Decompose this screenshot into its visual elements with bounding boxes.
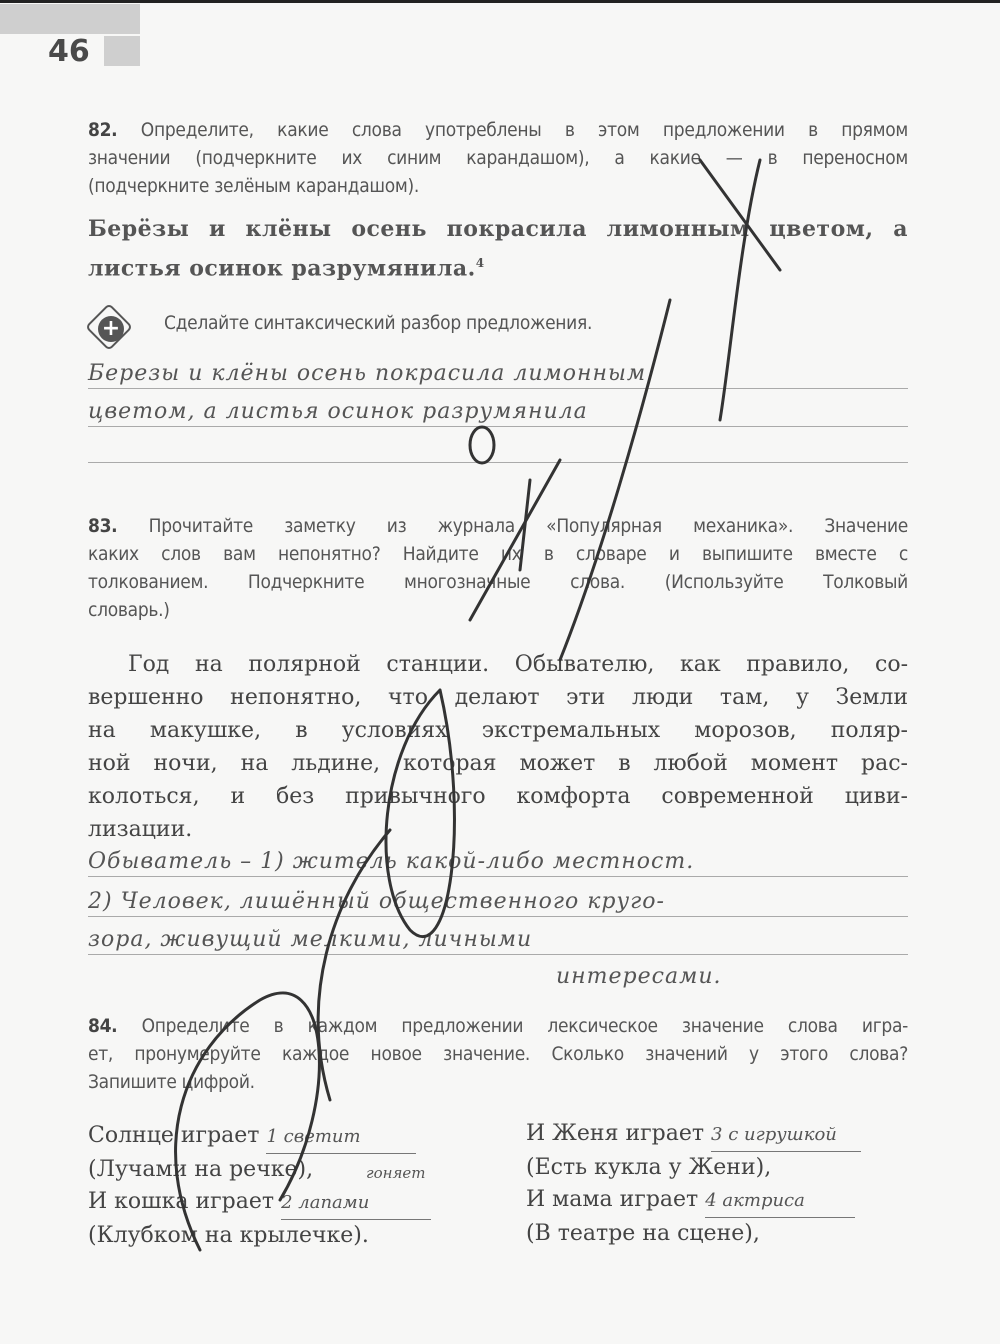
task-84-line-2: ет, пронумеруйте каждое новое значение. … bbox=[88, 1040, 908, 1068]
task-83-text: Год на полярной станции. Обывателю, как … bbox=[88, 648, 908, 846]
task-82-number: 82. bbox=[88, 119, 117, 141]
poem-right: И Женя играет 3 с игрушкой (Есть кукла у… bbox=[526, 1118, 861, 1250]
task-84-line-1: Определите в каждом предложении лексичес… bbox=[142, 1015, 908, 1037]
poem-right-line-4: (В театре на сцене), bbox=[526, 1218, 861, 1250]
handwritten-83-2: 2) Человек, лишённый общественного круго… bbox=[88, 889, 665, 914]
task-83-line-3: толкованием. Подчеркните многозначные сл… bbox=[88, 568, 908, 596]
poem-left-line-4: (Клубком на крылечке). bbox=[88, 1220, 431, 1252]
poem-left-line-3: И кошка играет bbox=[88, 1189, 274, 1214]
poem-right-line-3: И мама играет bbox=[526, 1187, 698, 1212]
task-82-sentence: Берёзы и клёны осень покрасила лимонным … bbox=[88, 212, 908, 285]
task-83-line-4: словарь.) bbox=[88, 596, 908, 624]
answer-blank-2[interactable]: 2 лапами bbox=[281, 1187, 431, 1220]
text-line-4: ной ночи, на льдине, которая может в люб… bbox=[88, 747, 908, 780]
extra-task-text: Сделайте синтаксический разбор предложен… bbox=[164, 312, 592, 334]
task-82-line-2: значении (подчеркните их синим карандашо… bbox=[88, 144, 908, 172]
answer-line-1: Березы и клёны осень покрасила лимонным bbox=[88, 354, 908, 389]
handwritten-83-1: Обыватель – 1) житель какой-либо местнос… bbox=[88, 849, 694, 874]
task-84-number: 84. bbox=[88, 1015, 117, 1037]
sentence-line-1: Берёзы и клёны осень покрасила лимонным … bbox=[88, 212, 908, 246]
text-line-3: на макушке, в условиях экстремальных мор… bbox=[88, 714, 908, 747]
poem-left: Солнце играет 1 светит (Лучами на речке)… bbox=[88, 1120, 431, 1252]
answer-line-83-3: зора, живущий мелкими, личными bbox=[88, 920, 908, 955]
answer-blank-1[interactable]: 1 светит bbox=[266, 1121, 416, 1154]
answer-blank-4[interactable]: 4 актриса bbox=[705, 1185, 855, 1218]
poem-right-line-2: (Есть кукла у Жени), bbox=[526, 1152, 861, 1184]
poem-right-line-1: И Женя играет bbox=[526, 1121, 704, 1146]
handwritten-82-2: цветом, а листья осинок разрумянила bbox=[88, 399, 588, 424]
page-number-box bbox=[104, 36, 140, 66]
task-82-line-1: Определите, какие слова употреблены в эт… bbox=[141, 119, 908, 141]
task-84-instructions: 84. Определите в каждом предложении лекс… bbox=[88, 1012, 908, 1096]
plus-icon: + bbox=[98, 316, 124, 342]
poem-left-line-1: Солнце играет bbox=[88, 1123, 259, 1148]
answer-line-83-2: 2) Человек, лишённый общественного круго… bbox=[88, 882, 908, 917]
text-line-5: колоться, и без привычного комфорта совр… bbox=[88, 780, 908, 813]
footnote-mark: 4 bbox=[476, 256, 485, 270]
task-83-line-1: Прочитайте заметку из журнала «Популярна… bbox=[149, 515, 908, 537]
page-number: 46 bbox=[48, 34, 90, 69]
text-line-1: Год на полярной станции. Обывателю, как … bbox=[88, 648, 908, 681]
answer-line-83-1: Обыватель – 1) житель какой-либо местнос… bbox=[88, 842, 908, 877]
task-83-number: 83. bbox=[88, 515, 117, 537]
text-line-2: вершенно непонятно, что делают эти люди … bbox=[88, 681, 908, 714]
task-82-line-3: (подчеркните зелёным карандашом). bbox=[88, 172, 908, 200]
handwritten-83-3: зора, живущий мелкими, личными bbox=[88, 927, 532, 952]
task-82-instructions: 82. Определите, какие слова употреблены … bbox=[88, 116, 908, 200]
answer-blank-3[interactable]: 3 с игрушкой bbox=[711, 1119, 861, 1152]
handwritten-83-4: интересами. bbox=[556, 964, 721, 989]
task-83-line-2: каких слов вам непонятно? Найдите их в с… bbox=[88, 540, 908, 568]
answer-line-3 bbox=[88, 428, 908, 463]
sentence-line-2: листья осинок разрумянила. bbox=[88, 255, 476, 281]
answer-line-2: цветом, а листья осинок разрумянила bbox=[88, 392, 908, 427]
task-83-instructions: 83. Прочитайте заметку из журнала «Попул… bbox=[88, 512, 908, 624]
task-84-line-3: Запишите цифрой. bbox=[88, 1068, 908, 1096]
handwritten-82-1: Березы и клёны осень покрасила лимонным bbox=[88, 361, 646, 386]
top-border bbox=[0, 0, 1000, 3]
page-tab-strip bbox=[0, 4, 140, 34]
annotation-goniaet: гоняет bbox=[366, 1164, 426, 1182]
